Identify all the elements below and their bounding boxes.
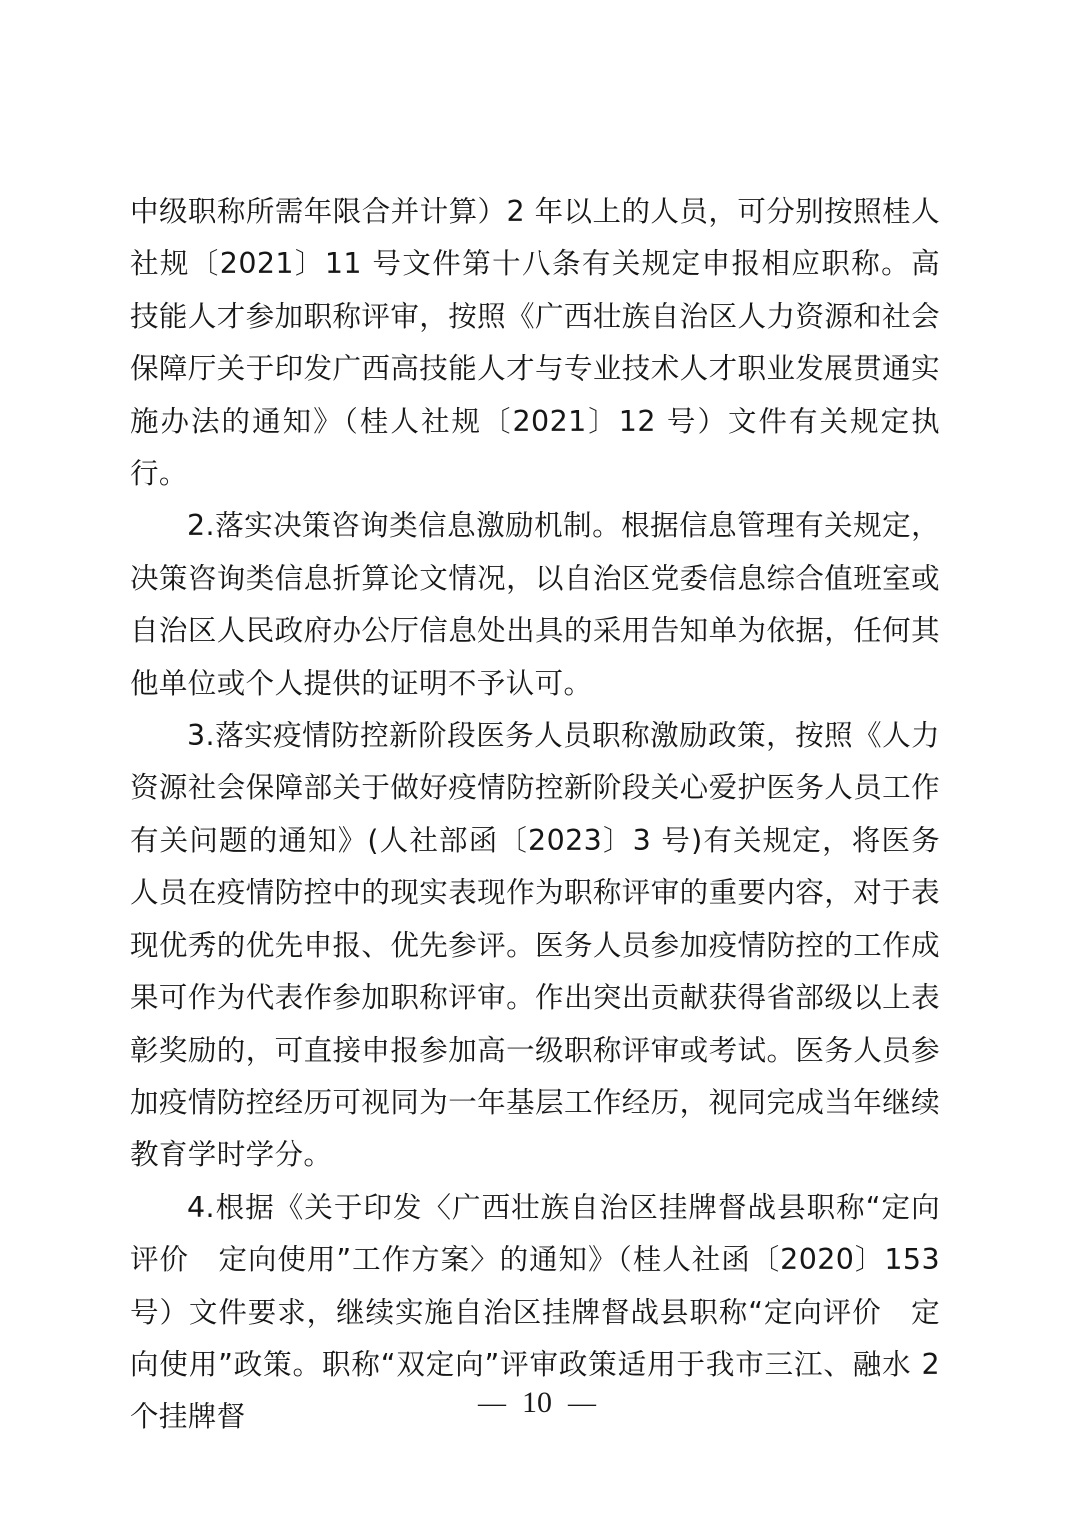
paragraph-item-2: 2.落实决策咨询类信息激励机制。根据信息管理有关规定，决策咨询类信息折算论文情况… (130, 500, 940, 710)
footer-dash-right: — (568, 1384, 596, 1424)
paragraph-continuation: 中级职称所需年限合并计算）2 年以上的人员，可分别按照桂人社规〔2021〕11 … (130, 186, 940, 500)
paragraph-item-3: 3.落实疫情防控新阶段医务人员职称激励政策，按照《人力资源社会保障部关于做好疫情… (130, 710, 940, 1182)
page-footer: —10— (0, 1383, 1074, 1424)
document-body: 中级职称所需年限合并计算）2 年以上的人员，可分别按照桂人社规〔2021〕11 … (130, 186, 940, 1444)
footer-dash-left: — (478, 1384, 506, 1424)
document-page: 中级职称所需年限合并计算）2 年以上的人员，可分别按照桂人社规〔2021〕11 … (0, 0, 1074, 1520)
page-number: 10 (506, 1383, 568, 1423)
